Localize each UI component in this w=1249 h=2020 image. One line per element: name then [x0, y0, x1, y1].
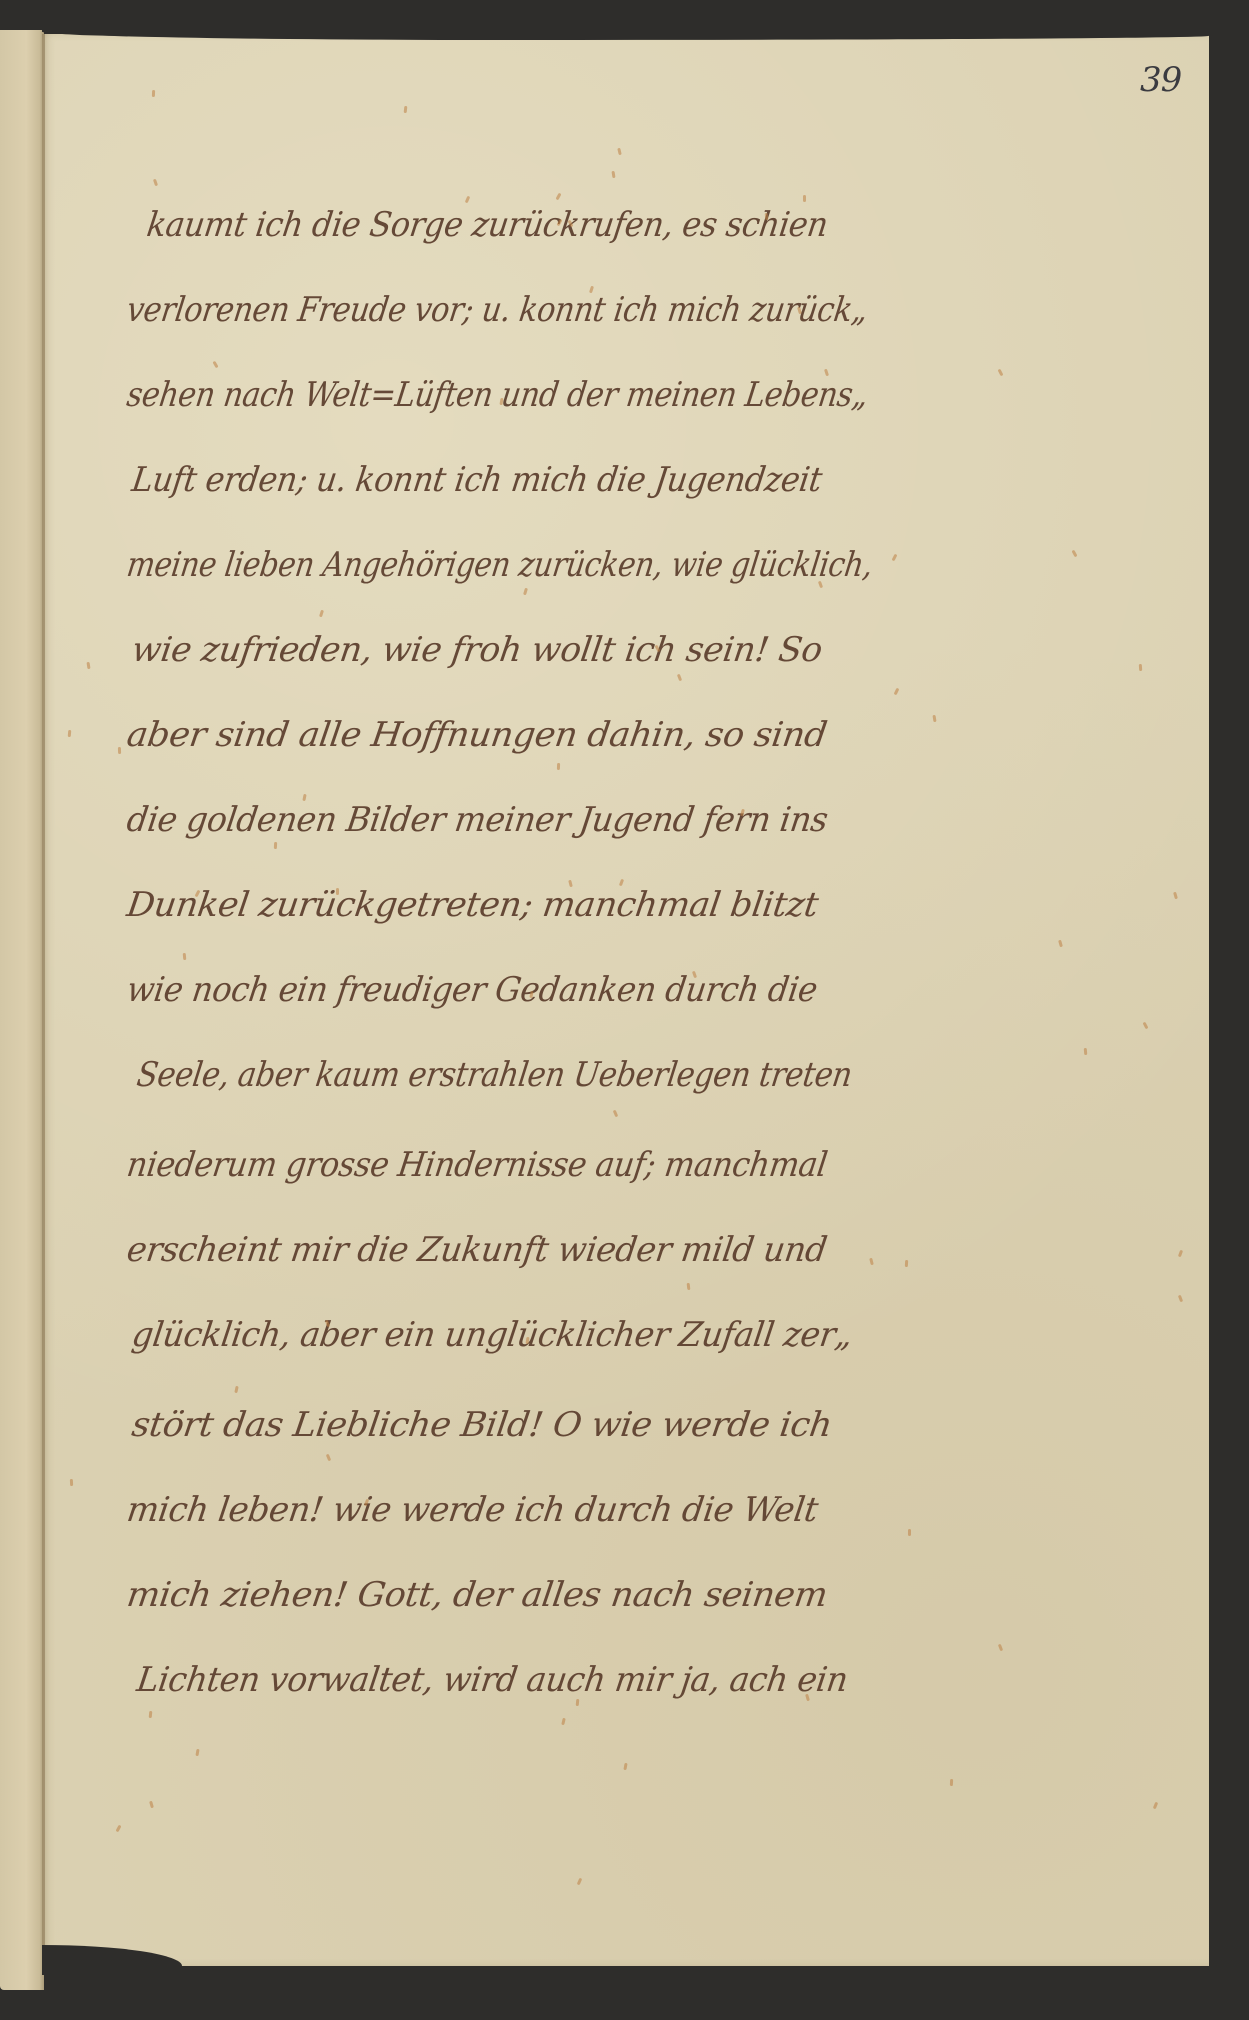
handwritten-line: sehen nach Welt=Lüften und der meinen Le… [124, 375, 870, 415]
paper-speck [69, 1479, 72, 1486]
paper-speck [904, 1260, 907, 1267]
paper-speck [336, 888, 339, 895]
handwritten-line: niederum grosse Hindernisse auf; manchma… [124, 1145, 829, 1185]
handwritten-line: Lichten vorwaltet, wird auch mir ja, ach… [134, 1660, 850, 1700]
handwritten-line: die goldenen Bilder meiner Jugend fern i… [124, 800, 830, 840]
handwritten-line: meine lieben Angehörigen zurücken, wie g… [124, 545, 875, 585]
handwritten-line: kaumt ich die Sorge zurückrufen, es schi… [144, 205, 830, 245]
paper-speck [611, 171, 615, 178]
handwritten-line: verlorenen Freude vor; u. konnt ich mich… [124, 290, 870, 330]
handwritten-line: mich leben! wie werde ich durch die Welt [124, 1490, 820, 1530]
paper-speck [274, 842, 277, 849]
handwritten-line: aber sind alle Hoffnungen dahin, so sind [124, 715, 829, 755]
paper-speck [908, 1529, 911, 1536]
handwritten-line: mich ziehen! Gott, der alles nach seinem [124, 1575, 829, 1615]
handwritten-line: Seele, aber kaum erstrahlen Ueberlegen t… [134, 1055, 854, 1095]
handwritten-line: stört das Liebliche Bild! O wie werde ic… [129, 1405, 834, 1445]
handwritten-line: wie noch ein freudiger Gedanken durch di… [124, 970, 819, 1010]
paper-speck [557, 763, 560, 770]
handwritten-line: Luft erden; u. konnt ich mich die Jugend… [129, 460, 824, 500]
handwritten-line: Dunkel zurückgetreten; manchmal blitzt [124, 885, 820, 925]
handwritten-line: wie zufrieden, wie froh wollt ich sein! … [129, 630, 824, 670]
handwritten-line: erscheint mir die Zukunft wieder mild un… [124, 1230, 829, 1270]
handwritten-text-block: kaumt ich die Sorge zurückrufen, es schi… [0, 0, 1249, 2020]
paper-speck [575, 1699, 579, 1706]
paper-speck [949, 1779, 952, 1786]
paper-speck [148, 1711, 152, 1718]
paper-speck [68, 730, 72, 737]
paper-speck [499, 397, 503, 404]
paper-speck [403, 106, 407, 113]
handwritten-line: glücklich, aber ein unglücklicher Zufall… [129, 1315, 854, 1355]
paper-speck [803, 195, 806, 202]
paper-speck [1084, 1048, 1088, 1055]
